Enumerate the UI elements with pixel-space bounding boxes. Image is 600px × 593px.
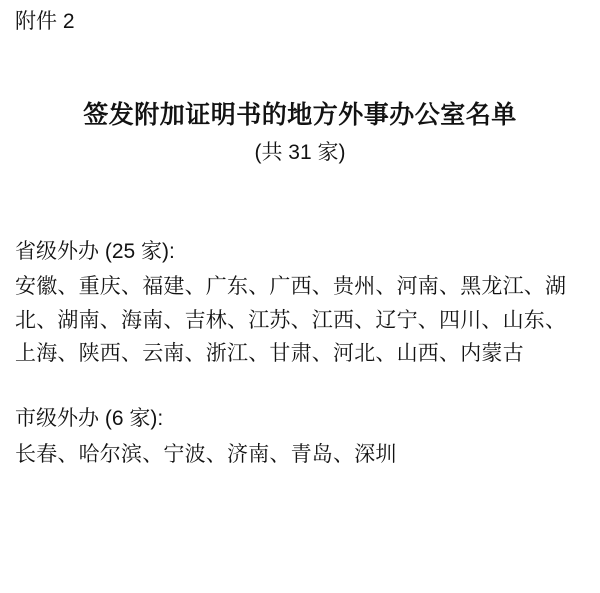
- provincial-section-heading: 省级外办 (25 家):: [15, 238, 580, 265]
- provincial-office-list: 安徽、重庆、福建、广东、广西、贵州、河南、黑龙江、湖北、湖南、海南、吉林、江苏、…: [15, 270, 580, 371]
- document-page: 附件 2 签发附加证明书的地方外事办公室名单 (共 31 家) 省级外办 (25…: [0, 0, 600, 593]
- municipal-office-list: 长春、哈尔滨、宁波、济南、青岛、深圳: [15, 438, 580, 472]
- document-title: 签发附加证明书的地方外事办公室名单: [0, 99, 600, 131]
- document-subtitle: (共 31 家): [0, 139, 600, 166]
- municipal-section-heading: 市级外办 (6 家):: [15, 405, 580, 432]
- attachment-label: 附件 2: [15, 8, 75, 35]
